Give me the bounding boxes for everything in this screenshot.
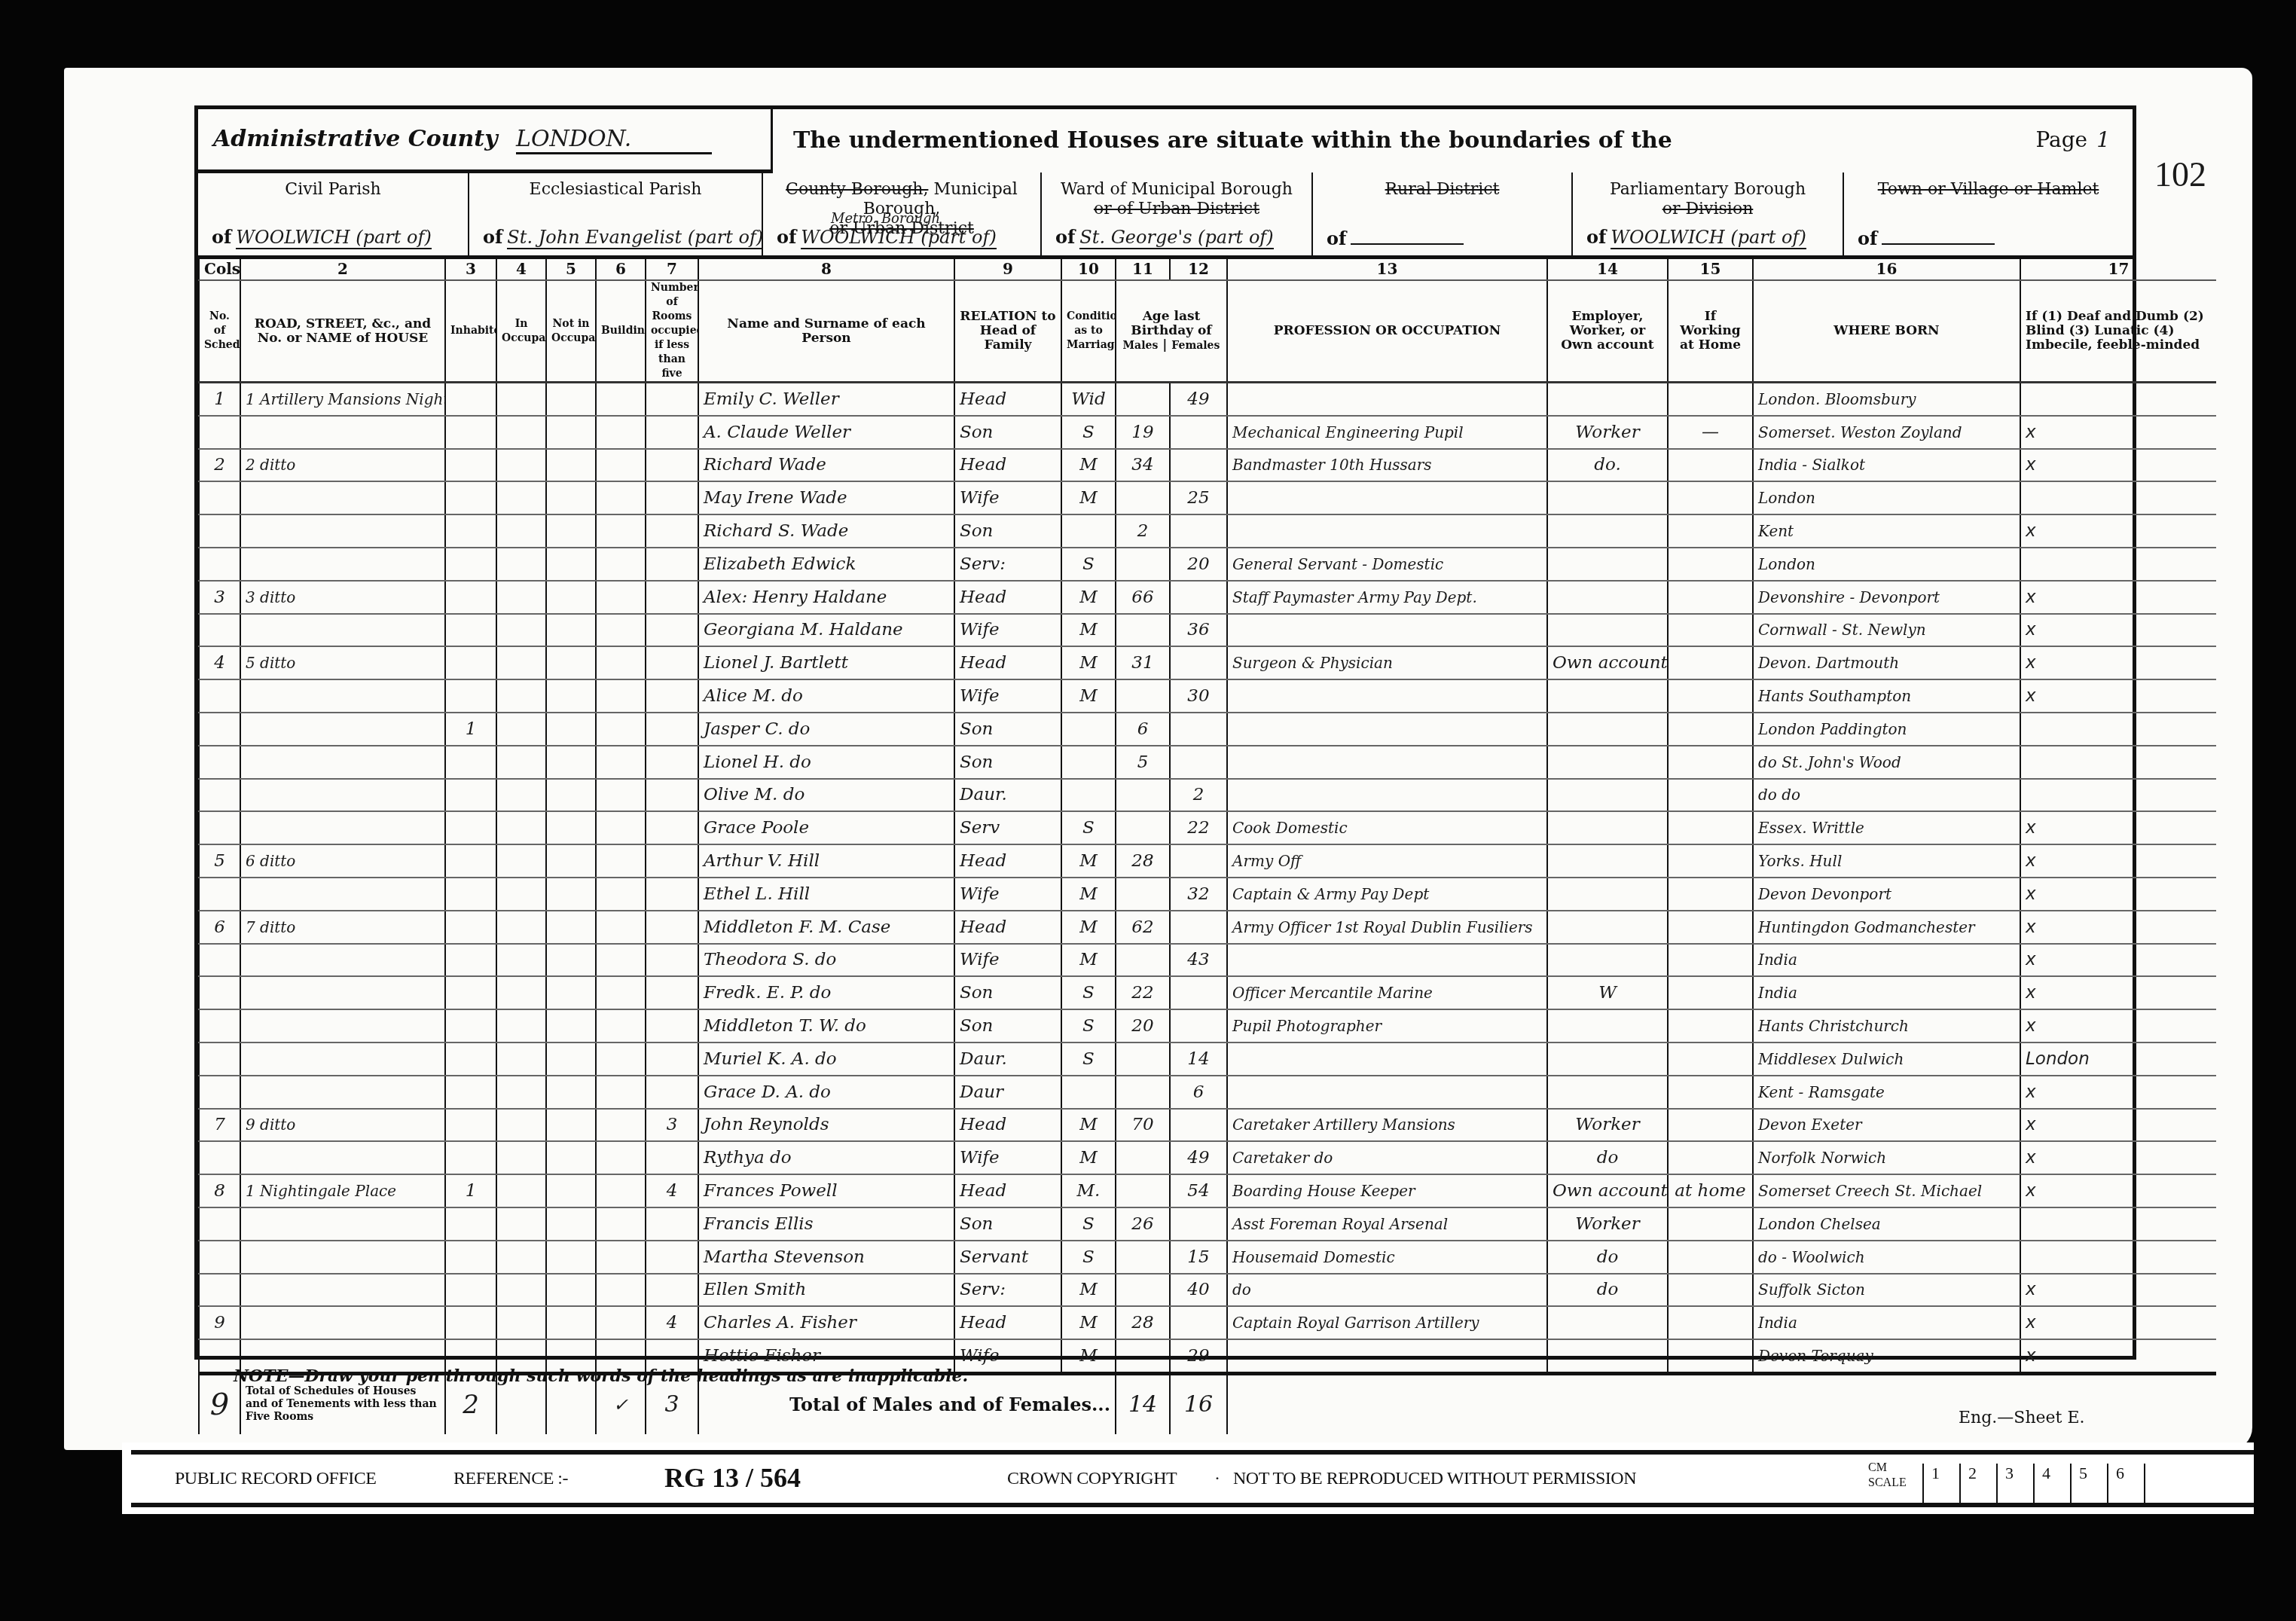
cell-inf: x bbox=[2020, 416, 2216, 449]
cell-f: 15 bbox=[1170, 1241, 1227, 1274]
cell-b bbox=[546, 679, 596, 713]
cell-emp bbox=[1547, 1306, 1668, 1339]
admin-county-value: LONDON. bbox=[516, 126, 712, 154]
cell-road bbox=[240, 679, 445, 713]
cell-home bbox=[1668, 581, 1753, 614]
cell-c bbox=[596, 1043, 646, 1076]
cell-name: Georgiana M. Haldane bbox=[698, 614, 954, 647]
cell-a bbox=[496, 1274, 546, 1307]
cell-f: 43 bbox=[1170, 944, 1227, 977]
cell-occ: Army Off bbox=[1227, 844, 1547, 878]
cell-name: Elizabeth Edwick bbox=[698, 548, 954, 581]
cell-born: Essex. Writtle bbox=[1753, 811, 2020, 844]
cell-c bbox=[596, 878, 646, 911]
cell-cond: M bbox=[1061, 878, 1116, 911]
cell-sched: 8 bbox=[199, 1174, 240, 1207]
cell-rel: Head bbox=[954, 1109, 1061, 1142]
cell-a bbox=[496, 1076, 546, 1109]
cell-emp: W bbox=[1547, 976, 1668, 1009]
scale-tick: 6 bbox=[2107, 1464, 2144, 1505]
cell-occ: Captain & Army Pay Dept bbox=[1227, 878, 1547, 911]
cell-rooms bbox=[646, 1207, 698, 1241]
cell-road bbox=[240, 878, 445, 911]
cell-road: 5 ditto bbox=[240, 646, 445, 679]
cell-a bbox=[496, 416, 546, 449]
cell-rooms bbox=[646, 1076, 698, 1109]
cell-rel: Head bbox=[954, 383, 1061, 416]
header-age: Age last Birthday ofMales | Females bbox=[1116, 280, 1227, 383]
cell-m: 28 bbox=[1116, 1306, 1170, 1339]
cell-sched: 6 bbox=[199, 911, 240, 944]
cell-road bbox=[240, 548, 445, 581]
cell-emp bbox=[1547, 1076, 1668, 1109]
cell-b bbox=[546, 746, 596, 779]
cell-f: 20 bbox=[1170, 548, 1227, 581]
area-value: WOOLWICH (part of) bbox=[236, 227, 431, 249]
cell-a bbox=[496, 746, 546, 779]
cell-cond: S bbox=[1061, 976, 1116, 1009]
cell-emp bbox=[1547, 779, 1668, 812]
cell-f: 2 bbox=[1170, 779, 1227, 812]
cell-inf: x bbox=[2020, 976, 2216, 1009]
cell-inh bbox=[445, 1274, 496, 1307]
cell-born: Hants Christchurch bbox=[1753, 1009, 2020, 1043]
cell-m: 19 bbox=[1116, 416, 1170, 449]
cell-a bbox=[496, 514, 546, 548]
area-value bbox=[1882, 243, 1995, 245]
area-ward: Ward of Municipal Boroughor of Urban Dis… bbox=[1042, 172, 1313, 255]
cell-inh bbox=[445, 944, 496, 977]
cell-b bbox=[546, 1076, 596, 1109]
cell-m bbox=[1116, 878, 1170, 911]
cell-cond: M bbox=[1061, 1274, 1116, 1307]
cell-sched: 5 bbox=[199, 844, 240, 878]
cell-road: 3 ditto bbox=[240, 581, 445, 614]
table-row: Muriel K. A. doDaur.S14Middlesex Dulwich… bbox=[199, 1043, 2216, 1076]
cell-f: 14 bbox=[1170, 1043, 1227, 1076]
cell-f: 25 bbox=[1170, 481, 1227, 514]
cell-name: Middleton F. M. Case bbox=[698, 911, 954, 944]
cell-a bbox=[496, 878, 546, 911]
cell-inf: x bbox=[2020, 1009, 2216, 1043]
cell-cond bbox=[1061, 713, 1116, 746]
cell-b bbox=[546, 1306, 596, 1339]
cell-born: Middlesex Dulwich bbox=[1753, 1043, 2020, 1076]
cell-occ: Army Officer 1st Royal Dublin Fusiliers bbox=[1227, 911, 1547, 944]
cell-c bbox=[596, 514, 646, 548]
cell-name: Richard Wade bbox=[698, 449, 954, 482]
cell-name: Middleton T. W. do bbox=[698, 1009, 954, 1043]
area-ecclesiastical-parish: Ecclesiastical Parish ofSt. John Evangel… bbox=[469, 172, 763, 255]
cell-road bbox=[240, 1076, 445, 1109]
cell-rel: Son bbox=[954, 1207, 1061, 1241]
cell-inf: x bbox=[2020, 811, 2216, 844]
admin-county-label: Administrative County bbox=[213, 126, 498, 152]
cell-born: Kent bbox=[1753, 514, 2020, 548]
header-inhabited: Inhabited bbox=[445, 280, 496, 383]
cell-rooms: 4 bbox=[646, 1306, 698, 1339]
cell-born: London Paddington bbox=[1753, 713, 2020, 746]
cell-b bbox=[546, 581, 596, 614]
cell-occ: Bandmaster 10th Hussars bbox=[1227, 449, 1547, 482]
cell-f: 6 bbox=[1170, 1076, 1227, 1109]
cell-name: Martha Stevenson bbox=[698, 1241, 954, 1274]
cell-a bbox=[496, 1141, 546, 1174]
cell-inf: x bbox=[2020, 449, 2216, 482]
cell-road bbox=[240, 1207, 445, 1241]
cell-emp: do bbox=[1547, 1241, 1668, 1274]
cell-rel: Wife bbox=[954, 481, 1061, 514]
cell-road bbox=[240, 1274, 445, 1307]
cell-f bbox=[1170, 449, 1227, 482]
area-label: Ecclesiastical Parish bbox=[469, 180, 762, 200]
cell-rel: Son bbox=[954, 976, 1061, 1009]
cell-emp: do bbox=[1547, 1274, 1668, 1307]
cell-c bbox=[596, 449, 646, 482]
cell-sched: 4 bbox=[199, 646, 240, 679]
cell-m: 62 bbox=[1116, 911, 1170, 944]
cell-home bbox=[1668, 1043, 1753, 1076]
cell-sched bbox=[199, 779, 240, 812]
cell-a bbox=[496, 383, 546, 416]
column-headers: No. of Schedule ROAD, STREET, &c., and N… bbox=[199, 280, 2216, 383]
table-row: 79 ditto3John ReynoldsHeadM70Caretaker A… bbox=[199, 1109, 2216, 1142]
cell-inf bbox=[2020, 1207, 2216, 1241]
cell-f: 54 bbox=[1170, 1174, 1227, 1207]
cell-rooms bbox=[646, 646, 698, 679]
cell-sched bbox=[199, 1141, 240, 1174]
cell-born: do do bbox=[1753, 779, 2020, 812]
cell-rooms bbox=[646, 1141, 698, 1174]
cell-occ: Mechanical Engineering Pupil bbox=[1227, 416, 1547, 449]
cell-rel: Serv: bbox=[954, 548, 1061, 581]
cell-m bbox=[1116, 614, 1170, 647]
cell-f bbox=[1170, 844, 1227, 878]
table-row: Grace D. A. doDaur6Kent - Ramsgatex bbox=[199, 1076, 2216, 1109]
cell-name: Olive M. do bbox=[698, 779, 954, 812]
cell-inf: x bbox=[2020, 514, 2216, 548]
cell-f bbox=[1170, 581, 1227, 614]
cell-a bbox=[496, 581, 546, 614]
cell-rel: Daur. bbox=[954, 779, 1061, 812]
cell-inh bbox=[445, 1076, 496, 1109]
cell-inf: x bbox=[2020, 1174, 2216, 1207]
cell-rooms: 4 bbox=[646, 1174, 698, 1207]
cell-born: Norfolk Norwich bbox=[1753, 1141, 2020, 1174]
cell-rel: Serv: bbox=[954, 1274, 1061, 1307]
cell-b bbox=[546, 1207, 596, 1241]
page-number: Page1 bbox=[2035, 127, 2110, 152]
cell-road: 7 ditto bbox=[240, 911, 445, 944]
cell-emp bbox=[1547, 1009, 1668, 1043]
cell-sched: 2 bbox=[199, 449, 240, 482]
cell-emp bbox=[1547, 581, 1668, 614]
cell-born: Huntingdon Godmanchester bbox=[1753, 911, 2020, 944]
cell-occ bbox=[1227, 514, 1547, 548]
cell-cond: M bbox=[1061, 679, 1116, 713]
reproduction-notice: NOT TO BE REPRODUCED WITHOUT PERMISSION bbox=[1233, 1469, 1636, 1489]
cell-sched bbox=[199, 481, 240, 514]
cell-home bbox=[1668, 976, 1753, 1009]
scale-tick: 4 bbox=[2033, 1464, 2070, 1505]
cell-inh bbox=[445, 646, 496, 679]
cell-cond: S bbox=[1061, 811, 1116, 844]
table-row: Olive M. doDaur.2do do bbox=[199, 779, 2216, 812]
cell-home: — bbox=[1668, 416, 1753, 449]
area-rural-district: Rural District of bbox=[1313, 172, 1573, 255]
cell-rel: Head bbox=[954, 911, 1061, 944]
page-value: 1 bbox=[2096, 127, 2110, 152]
cell-a bbox=[496, 646, 546, 679]
cell-emp bbox=[1547, 679, 1668, 713]
cell-name: Alice M. do bbox=[698, 679, 954, 713]
cell-name: A. Claude Weller bbox=[698, 416, 954, 449]
pro-label: PUBLIC RECORD OFFICE bbox=[175, 1469, 376, 1489]
cell-c bbox=[596, 581, 646, 614]
cell-c bbox=[596, 976, 646, 1009]
cell-emp bbox=[1547, 944, 1668, 977]
cell-cond: M bbox=[1061, 581, 1116, 614]
cell-road bbox=[240, 944, 445, 977]
header-road: ROAD, STREET, &c., and No. or NAME of HO… bbox=[240, 280, 445, 383]
cell-sched bbox=[199, 1043, 240, 1076]
cell-sched bbox=[199, 614, 240, 647]
cell-rooms bbox=[646, 1009, 698, 1043]
cell-cond: S bbox=[1061, 1043, 1116, 1076]
cell-inf: x bbox=[2020, 679, 2216, 713]
cell-inh bbox=[445, 614, 496, 647]
cell-occ: Housemaid Domestic bbox=[1227, 1241, 1547, 1274]
cell-name: Lionel H. do bbox=[698, 746, 954, 779]
table-row: Richard S. WadeSon2Kentx bbox=[199, 514, 2216, 548]
cell-home bbox=[1668, 614, 1753, 647]
cell-inh bbox=[445, 844, 496, 878]
cell-b bbox=[546, 416, 596, 449]
cell-sched bbox=[199, 1076, 240, 1109]
cell-occ bbox=[1227, 614, 1547, 647]
cell-a bbox=[496, 1306, 546, 1339]
cell-inf: x bbox=[2020, 911, 2216, 944]
cell-home bbox=[1668, 679, 1753, 713]
cell-cond: Wid bbox=[1061, 383, 1116, 416]
cell-rel: Wife bbox=[954, 614, 1061, 647]
cell-b bbox=[546, 1109, 596, 1142]
cell-inh: 1 bbox=[445, 1174, 496, 1207]
cell-inh bbox=[445, 811, 496, 844]
cell-name: Charles A. Fisher bbox=[698, 1306, 954, 1339]
header-condition: Condition as to Marriage bbox=[1061, 280, 1116, 383]
census-rows: 11 Artillery Mansions Nightingale PlaceE… bbox=[199, 383, 2216, 1374]
cell-home bbox=[1668, 1009, 1753, 1043]
admin-county: Administrative County LONDON. bbox=[213, 126, 712, 154]
cell-born: Yorks. Hull bbox=[1753, 844, 2020, 878]
cell-inf bbox=[2020, 481, 2216, 514]
table-row: 56 dittoArthur V. HillHeadM28Army OffYor… bbox=[199, 844, 2216, 878]
cell-rooms bbox=[646, 614, 698, 647]
cell-sched bbox=[199, 514, 240, 548]
cell-rooms bbox=[646, 581, 698, 614]
cell-c bbox=[596, 1207, 646, 1241]
cell-f bbox=[1170, 416, 1227, 449]
cell-sched bbox=[199, 878, 240, 911]
cell-name: Grace D. A. do bbox=[698, 1076, 954, 1109]
boundaries-banner: The undermentioned Houses are situate wi… bbox=[793, 127, 1672, 154]
cell-b bbox=[546, 514, 596, 548]
cell-home bbox=[1668, 1109, 1753, 1142]
cell-born: India - Sialkot bbox=[1753, 449, 2020, 482]
cell-rooms bbox=[646, 1043, 698, 1076]
cell-rel: Son bbox=[954, 416, 1061, 449]
cell-home bbox=[1668, 1306, 1753, 1339]
cell-rel: Head bbox=[954, 1174, 1061, 1207]
cell-occ bbox=[1227, 779, 1547, 812]
cell-c bbox=[596, 1306, 646, 1339]
cell-sched bbox=[199, 1009, 240, 1043]
cell-inh bbox=[445, 514, 496, 548]
cell-b bbox=[546, 614, 596, 647]
cell-rooms bbox=[646, 746, 698, 779]
cell-home bbox=[1668, 1339, 1753, 1373]
cell-b bbox=[546, 383, 596, 416]
cell-f bbox=[1170, 746, 1227, 779]
cell-a bbox=[496, 548, 546, 581]
cell-inf: London bbox=[2020, 1043, 2216, 1076]
cell-inf: x bbox=[2020, 944, 2216, 977]
cell-c bbox=[596, 383, 646, 416]
cell-born: India bbox=[1753, 976, 2020, 1009]
cell-inh bbox=[445, 1043, 496, 1076]
cell-c bbox=[596, 1009, 646, 1043]
cell-m bbox=[1116, 481, 1170, 514]
cell-f bbox=[1170, 911, 1227, 944]
cell-c bbox=[596, 1141, 646, 1174]
cell-emp bbox=[1547, 1339, 1668, 1373]
table-row: 11 Artillery Mansions Nightingale PlaceE… bbox=[199, 383, 2216, 416]
cell-a bbox=[496, 976, 546, 1009]
cell-cond: M bbox=[1061, 944, 1116, 977]
cell-road bbox=[240, 1141, 445, 1174]
cell-home bbox=[1668, 844, 1753, 878]
cell-cond bbox=[1061, 1076, 1116, 1109]
cell-c bbox=[596, 416, 646, 449]
cell-m: 31 bbox=[1116, 646, 1170, 679]
table-row: Middleton T. W. doSonS20Pupil Photograph… bbox=[199, 1009, 2216, 1043]
cell-m bbox=[1116, 1043, 1170, 1076]
census-table: Cols 1234567891011121314151617 No. of Sc… bbox=[198, 258, 2216, 1434]
table-row: A. Claude WellerSonS19Mechanical Enginee… bbox=[199, 416, 2216, 449]
cell-a bbox=[496, 779, 546, 812]
cell-cond bbox=[1061, 514, 1116, 548]
table-row: Ellen SmithServ:M40dodoSuffolk Sictonx bbox=[199, 1274, 2216, 1307]
area-parliamentary-borough: Parliamentary Boroughor Division ofWOOLW… bbox=[1573, 172, 1844, 255]
cell-occ: Boarding House Keeper bbox=[1227, 1174, 1547, 1207]
cell-occ: do bbox=[1227, 1274, 1547, 1307]
table-row: Ethel L. HillWifeM32Captain & Army Pay D… bbox=[199, 878, 2216, 911]
cell-rooms bbox=[646, 844, 698, 878]
cell-f bbox=[1170, 1207, 1227, 1241]
cell-b bbox=[546, 548, 596, 581]
cell-a bbox=[496, 713, 546, 746]
page-label: Page bbox=[2035, 127, 2087, 152]
cell-road bbox=[240, 779, 445, 812]
cell-home bbox=[1668, 449, 1753, 482]
cell-inh bbox=[445, 976, 496, 1009]
cell-home bbox=[1668, 713, 1753, 746]
table-row: May Irene WadeWifeM25London bbox=[199, 481, 2216, 514]
cell-a bbox=[496, 811, 546, 844]
cell-m: 28 bbox=[1116, 844, 1170, 878]
cell-f: 49 bbox=[1170, 1141, 1227, 1174]
cell-b bbox=[546, 1274, 596, 1307]
cell-inf: x bbox=[2020, 1141, 2216, 1174]
area-municipal-borough: County Borough, Municipal Borough,or Urb… bbox=[763, 172, 1042, 255]
cell-born: do - Woolwich bbox=[1753, 1241, 2020, 1274]
table-row: 81 Nightingale Place14Frances PowellHead… bbox=[199, 1174, 2216, 1207]
cell-inf: x bbox=[2020, 1274, 2216, 1307]
table-row: 94Charles A. FisherHeadM28Captain Royal … bbox=[199, 1306, 2216, 1339]
cell-emp: Own account bbox=[1547, 1174, 1668, 1207]
cell-a bbox=[496, 844, 546, 878]
cell-sched bbox=[199, 811, 240, 844]
total-females: 16 bbox=[1170, 1373, 1227, 1434]
header-relation: RELATION to Head of Family bbox=[954, 280, 1061, 383]
table-row: Grace PooleServS22Cook DomesticEssex. Wr… bbox=[199, 811, 2216, 844]
table-row: Francis EllisSonS26Asst Foreman Royal Ar… bbox=[199, 1207, 2216, 1241]
cell-rooms bbox=[646, 779, 698, 812]
cell-rooms bbox=[646, 481, 698, 514]
cell-home bbox=[1668, 746, 1753, 779]
cell-c bbox=[596, 779, 646, 812]
cell-name: Ellen Smith bbox=[698, 1274, 954, 1307]
scale-end bbox=[2144, 1464, 2181, 1505]
cell-name: Theodora S. do bbox=[698, 944, 954, 977]
cell-rel: Head bbox=[954, 581, 1061, 614]
cell-f bbox=[1170, 514, 1227, 548]
cell-c bbox=[596, 481, 646, 514]
header-in-occupation: In Occupation bbox=[496, 280, 546, 383]
cell-f: 29 bbox=[1170, 1339, 1227, 1373]
table-row: Theodora S. doWifeM43Indiax bbox=[199, 944, 2216, 977]
cell-home bbox=[1668, 811, 1753, 844]
reference-label: REFERENCE :- bbox=[453, 1469, 568, 1489]
cell-inf: x bbox=[2020, 1306, 2216, 1339]
cell-inh bbox=[445, 878, 496, 911]
cell-road: 6 ditto bbox=[240, 844, 445, 878]
cell-born: Suffolk Sicton bbox=[1753, 1274, 2020, 1307]
cell-name: Emily C. Weller bbox=[698, 383, 954, 416]
cell-inf: x bbox=[2020, 581, 2216, 614]
cell-road: 1 Artillery Mansions Nightingale Place bbox=[240, 383, 445, 416]
cell-born: Devonshire - Devonport bbox=[1753, 581, 2020, 614]
table-row: Alice M. doWifeM30Hants Southamptonx bbox=[199, 679, 2216, 713]
cell-rel: Head bbox=[954, 1306, 1061, 1339]
header-name: Name and Surname of each Person bbox=[698, 280, 954, 383]
cell-inh bbox=[445, 449, 496, 482]
cell-c bbox=[596, 746, 646, 779]
cell-rooms bbox=[646, 449, 698, 482]
reference-number: RG 13 / 564 bbox=[664, 1462, 801, 1494]
cell-cond: M bbox=[1061, 1141, 1116, 1174]
cell-born: Devon. Dartmouth bbox=[1753, 646, 2020, 679]
cell-inf: x bbox=[2020, 614, 2216, 647]
cell-m bbox=[1116, 1174, 1170, 1207]
area-value: St. George's (part of) bbox=[1079, 227, 1273, 249]
cell-home bbox=[1668, 911, 1753, 944]
cell-road: 2 ditto bbox=[240, 449, 445, 482]
cell-road bbox=[240, 481, 445, 514]
cell-rel: Servant bbox=[954, 1241, 1061, 1274]
cell-b bbox=[546, 976, 596, 1009]
